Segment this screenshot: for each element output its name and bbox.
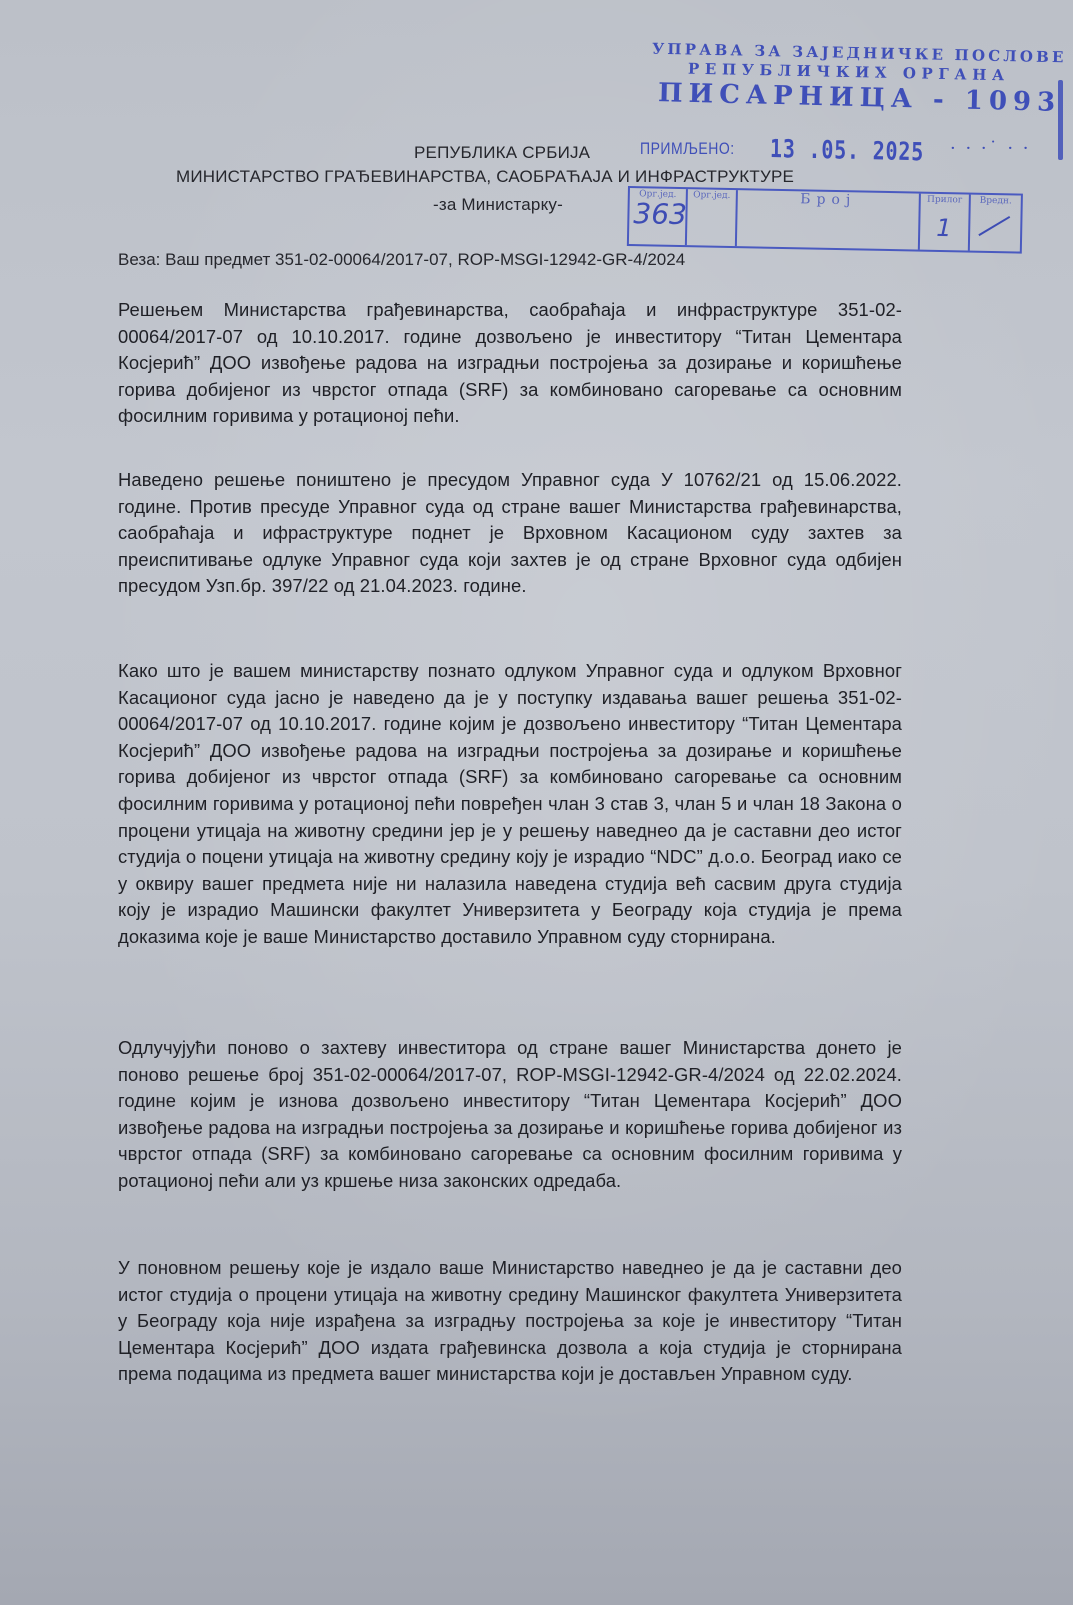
paragraph-study-issue: У поновном решењу које је издало ваше Ми… xyxy=(118,1255,902,1388)
letterhead-ministry: МИНИСТАРСТВО ГРАЂЕВИНАРСТВА, САОБРАЋАЈА … xyxy=(176,167,794,187)
letterhead-addressee: -за Министарку- xyxy=(433,195,563,215)
stamp-cell-org-unit-2: Орг.јед. xyxy=(687,189,738,246)
paragraph-original-permit: Решењем Министарства грађевинарства, сао… xyxy=(118,297,902,430)
stamp-cell-header: Орг.јед. xyxy=(688,190,736,201)
stamp-handwritten-number: 363 xyxy=(633,200,687,229)
stamp-ink-specks: · · ·˙ · · xyxy=(950,138,1031,159)
stamp-cell-attachment: Прилог 1 xyxy=(920,194,971,251)
stamp-handwritten-slash xyxy=(978,216,1010,236)
stamp-cell-header: Вредн. xyxy=(971,196,1021,207)
stamp-cell-number: Број xyxy=(737,190,921,250)
stamp-cell-org-unit: Орг.јед. 363 xyxy=(629,188,688,245)
paragraph-renewed-decision: Одлучујући поново о захтеву инвеститора … xyxy=(118,1035,902,1195)
paragraph-court-annulment: Наведено решење поништено је пресудом Уп… xyxy=(118,467,902,600)
reference-line: Веза: Ваш предмет 351-02-00064/2017-07, … xyxy=(118,250,685,270)
stamp-cell-header: Број xyxy=(738,190,919,209)
paragraph-violations: Како што је вашем министарству познато о… xyxy=(118,658,902,951)
stamp-received-label: ПРИМЉЕНО: xyxy=(640,138,735,157)
stamp-handwritten-attachment-count: 1 xyxy=(936,216,952,240)
stamp-received-date: 13 .05. 2025 xyxy=(770,134,924,166)
stamp-registry-table: Орг.јед. 363 Орг.јед. Број Прилог 1 Вред… xyxy=(627,186,1023,254)
stamp-cell-value: Вредн. xyxy=(970,195,1021,252)
stamp-cell-header: Прилог xyxy=(921,195,969,206)
stamp-edge-mark xyxy=(1058,80,1063,160)
letterhead-republic: РЕПУБЛИКА СРБИЈА xyxy=(414,143,590,163)
